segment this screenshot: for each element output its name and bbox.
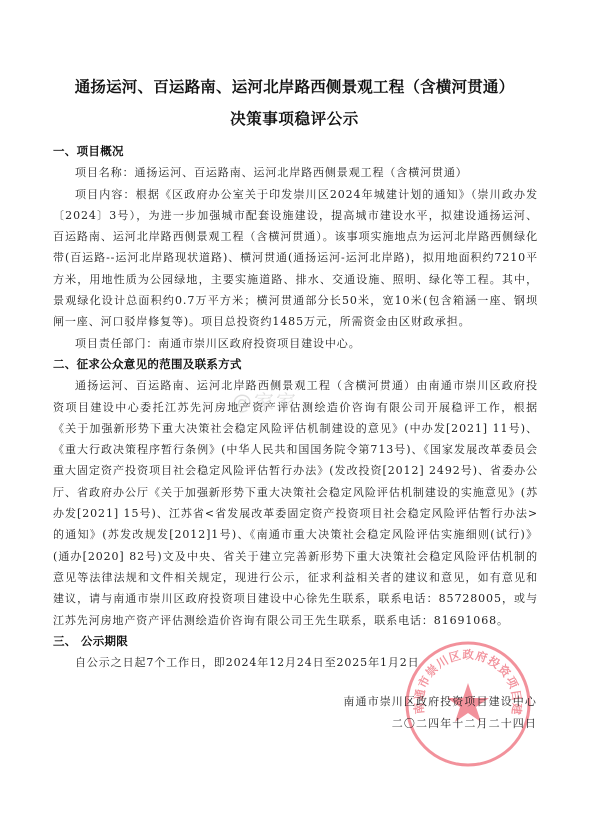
responsible-department-paragraph: 项目责任部门：南通市崇川区政府投资项目建设中心。 <box>53 333 538 354</box>
document-page: 通扬运河、百运路南、运河北岸路西侧景观工程（含横河贯通） 决策事项稳评公示 一、… <box>0 0 589 819</box>
section-heading-project-overview: 一、项目概况 <box>53 141 538 162</box>
section-heading-public-opinion: 二、征求公众意见的范围及联系方式 <box>53 354 538 375</box>
document-title: 通扬运河、百运路南、运河北岸路西侧景观工程（含横河贯通） <box>0 75 589 97</box>
public-opinion-paragraph: 通扬运河、百运路南、运河北岸路西侧景观工程（含横河贯通）由南通市崇川区政府投资项… <box>53 375 538 631</box>
project-name-paragraph: 项目名称：通扬运河、百运路南、运河北岸路西侧景观工程（含横河贯通） <box>53 162 538 183</box>
document-body: 一、项目概况 项目名称：通扬运河、百运路南、运河北岸路西侧景观工程（含横河贯通）… <box>53 141 538 673</box>
signature-date: 二〇二四年十二月二十四日 <box>392 715 537 731</box>
project-content-paragraph: 项目内容：根据《区政府办公室关于印发崇川区2024年城建计划的通知》（崇川政办发… <box>53 184 538 333</box>
signature-organization: 南通市崇川区政府投资项目建设中心 <box>343 693 537 709</box>
document-subtitle: 决策事项稳评公示 <box>0 107 589 129</box>
